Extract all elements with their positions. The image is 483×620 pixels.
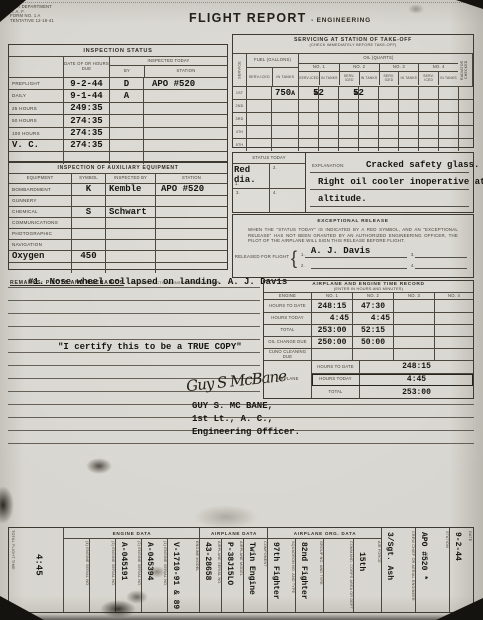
empty-cell xyxy=(246,139,271,151)
empty-cell xyxy=(155,218,227,228)
empty-cell xyxy=(105,240,155,250)
form-agency-block: WAR DEPARTMENT A. A. F. FORM NO. 1 A TEN… xyxy=(10,5,54,23)
empty-cell xyxy=(398,139,418,151)
col-engine-serial-1: (1) ENGINE SERIAL NO. A-045394 xyxy=(141,538,168,612)
smudge xyxy=(408,4,424,14)
explanation-line-1: EXPLANATION: Cracked safety glass. xyxy=(310,153,469,173)
fuel-serviced-header: SERV-ICED xyxy=(247,68,272,87)
exceptional-release-box: EXCEPTIONAL RELEASE WHEN THE "STATUS TOD… xyxy=(232,214,474,278)
servicing-header: SERVICE FUEL (GALLONS) SERV-ICED IN TANK… xyxy=(233,54,473,86)
empty-cell xyxy=(318,126,338,138)
time-record-table: AIRPLANE AND ENGINE TIME RECORD (ENTER I… xyxy=(263,280,474,399)
aux-row-photographic: PHOTOGRAPHIC xyxy=(9,228,227,239)
empty-cell xyxy=(398,100,418,112)
fuel-in-tanks-header: IN TANKS xyxy=(272,68,298,87)
status-quad-3: 3. xyxy=(236,191,240,196)
col-station: STATION APO #520 * xyxy=(415,528,450,612)
release-brace: { xyxy=(291,250,301,266)
empty-cell xyxy=(246,100,271,112)
signature-block: GUY S. MC BANE, 1st Lt., A. C., Engineer… xyxy=(192,401,300,437)
col-air-force: AIR FORCE 15th xyxy=(353,538,382,612)
empty-cell xyxy=(109,128,143,139)
explanation-box: EXPLANATION: Cracked safety glass. Right… xyxy=(306,152,474,213)
empty-cell xyxy=(458,126,473,138)
empty-cell xyxy=(338,113,358,125)
empty-cell xyxy=(271,100,298,112)
empty-cell xyxy=(271,139,298,151)
empty-cell xyxy=(271,113,298,125)
signature-rank: 1st Lt., A. C., xyxy=(192,414,300,424)
status-today-title: STATUS TODAY xyxy=(233,153,305,164)
empty-cell xyxy=(358,139,378,151)
servicing-row-3rd: 3RD xyxy=(233,112,473,125)
empty-cell xyxy=(393,325,434,336)
empty-cell xyxy=(418,113,438,125)
oil-serviced-header: SERV-ICED xyxy=(299,72,319,85)
empty-cell xyxy=(155,229,227,239)
inspection-status-header: DATE OF OR HOURS DUE INSPECTED TODAY BY … xyxy=(9,57,227,77)
top-edge-line xyxy=(8,2,474,3)
status-today-entry: Red dia. xyxy=(234,165,256,186)
release-blank-line xyxy=(311,259,407,269)
inspection-row-100h: 100 HOURS 274:35 xyxy=(9,127,227,139)
empty-cell xyxy=(155,251,227,262)
inspection-row-daily: DAILY 9-1-44 A xyxy=(9,89,227,101)
empty-cell xyxy=(105,196,155,206)
explanation-line-3: altitude. xyxy=(310,190,469,207)
inspected-today-label: INSPECTED TODAY xyxy=(110,57,227,66)
servicing-row-5th: 5TH xyxy=(233,138,473,151)
exceptional-release-body: WHEN THE "STATUS TODAY" IS INDICATED BY … xyxy=(233,226,473,244)
empty-cell xyxy=(143,128,227,139)
oil-in-tanks-header: IN TANKS xyxy=(359,72,379,85)
empty-cell xyxy=(378,139,398,151)
aux-row-communications: COMMUNICATIONS xyxy=(9,217,227,228)
oil-in-tanks-header: IN TANKS xyxy=(398,72,418,85)
empty-cell xyxy=(318,139,338,151)
aux-row-oxygen: Oxygen 450 xyxy=(9,250,227,262)
empty-cell xyxy=(71,218,105,228)
empty-cell xyxy=(378,100,398,112)
empty-cell xyxy=(105,229,155,239)
empty-cell xyxy=(434,349,473,360)
empty-cell xyxy=(109,103,143,114)
oil-no4-header: NO. 4 xyxy=(418,64,458,71)
empty-cell xyxy=(71,196,105,206)
aux-row-navigation: NAVIGATION xyxy=(9,239,227,250)
inspection-row-preflight: PREFLIGHT 9-2-44 D APO #520 xyxy=(9,77,227,89)
oil-header: OIL (QUARTS) xyxy=(299,54,458,64)
ink-stain xyxy=(0,486,14,524)
col-header-inspected-today: INSPECTED TODAY BY STATION xyxy=(109,57,227,77)
empty-cell xyxy=(298,100,318,112)
engine-row-hours-today: HOURS TODAY 4:45 4:45 xyxy=(264,312,473,324)
empty-cell xyxy=(358,87,378,99)
airplane-row-hours-to-date: HOURS TO DATE 248:15 xyxy=(312,361,473,374)
airplane-row-hours-today: HOURS TODAY 4:45 xyxy=(312,374,473,387)
signature-title: Engineering Officer. xyxy=(192,427,300,437)
empty-cell xyxy=(438,113,458,125)
col-command: COMMAND, CORPS AREA OR DEPT xyxy=(323,538,354,612)
oil-in-tanks-header: IN TANKS xyxy=(319,72,339,85)
empty-cell xyxy=(311,349,352,360)
col-group: GROUP NO. AND TYPE 82nd Fighter xyxy=(295,538,324,612)
empty-cell xyxy=(143,140,227,151)
engine-row-total: TOTAL 253:00 52:15 xyxy=(264,324,473,336)
col-component: COMPONENT Twin Engine xyxy=(243,538,268,612)
empty-cell xyxy=(143,103,227,114)
empty-cell xyxy=(318,113,338,125)
empty-cell xyxy=(438,87,458,99)
aux-row-gunnery: GUNNERY xyxy=(9,195,227,206)
empty-cell xyxy=(155,207,227,217)
empty-cell xyxy=(9,57,63,77)
empty-cell xyxy=(458,100,473,112)
col-header-by: BY xyxy=(110,66,144,77)
empty-cell xyxy=(109,115,143,126)
empty-cell xyxy=(438,139,458,151)
empty-cell xyxy=(318,100,338,112)
auxiliary-equipment-table: INSPECTION OF AUXILIARY EQUIPMENT EQUIPM… xyxy=(8,162,228,270)
empty-cell xyxy=(393,313,434,324)
released-for-flight-label: RELEASED FOR FLIGHT xyxy=(233,255,291,260)
release-blank-line xyxy=(415,259,467,269)
empty-cell xyxy=(271,126,298,138)
bottom-data-table: ENGINE DATA AIRPLANE DATA AIRPLANE ORG. … xyxy=(8,527,474,613)
col-header-symbol: SYMBOL xyxy=(71,174,105,183)
col-header-radiator: RADIATOR CHECKED xyxy=(458,54,473,86)
empty-cell xyxy=(438,100,458,112)
empty-cell xyxy=(378,126,398,138)
empty-cell xyxy=(338,100,358,112)
empty-cell xyxy=(298,139,318,151)
empty-cell xyxy=(393,300,434,312)
col-header-equipment: EQUIPMENT xyxy=(9,174,71,183)
empty-cell xyxy=(246,113,271,125)
empty-cell xyxy=(434,313,473,324)
empty-cell xyxy=(378,113,398,125)
flight-report-form: WAR DEPARTMENT A. A. F. FORM NO. 1 A TEN… xyxy=(0,0,483,620)
empty-cell xyxy=(352,349,393,360)
oil-serviced-header: SERV-ICED xyxy=(339,72,359,85)
exceptional-release-title: EXCEPTIONAL RELEASE xyxy=(233,217,473,226)
empty-cell xyxy=(358,113,378,125)
col-total-flight-time: TOTAL FLIGHT TIME 4:45 xyxy=(9,528,63,612)
signature-name: GUY S. MC BANE, xyxy=(192,401,300,411)
col-header-service: SERVICE xyxy=(233,54,246,86)
col-engine-serial-2: (2) ENGINE SERIAL NO. A-045191 xyxy=(115,538,142,612)
page-title-main: FLIGHT REPORT xyxy=(189,11,307,25)
empty-cell xyxy=(418,87,438,99)
inspection-row-50h: 50 HOURS 274:35 xyxy=(9,114,227,126)
empty-cell xyxy=(338,139,358,151)
release-slot-2: 2. xyxy=(301,264,305,269)
empty-cell xyxy=(155,240,227,250)
empty-cell xyxy=(298,113,318,125)
col-engine-serial-3: (3) ENGINE SERIAL NO. xyxy=(89,538,116,612)
time-record-title-block: AIRPLANE AND ENGINE TIME RECORD (ENTER I… xyxy=(264,281,473,291)
agency-line: TENTATIVE 12-18-41 xyxy=(10,19,54,24)
time-record-subtitle: (ENTER IN HOURS AND MINUTES) xyxy=(264,287,473,291)
oil-no2-header: NO. 2 xyxy=(339,64,379,71)
col-header-station: STATION xyxy=(155,174,227,183)
empty-cell xyxy=(298,126,318,138)
aux-row-bombardment: BOMBARDMENT K Kemble APO #520 xyxy=(9,184,227,195)
release-blank-line xyxy=(415,248,467,258)
col-airplane-model: AIRPLANE MODEL P-38J15LO xyxy=(221,538,244,612)
empty-cell xyxy=(434,337,473,348)
empty-cell xyxy=(358,126,378,138)
engine-row-oil-change-due: OIL CHANGE DUE 250:00 50:00 xyxy=(264,336,473,348)
explanation-label: EXPLANATION: xyxy=(312,164,345,169)
col-airplane-serial: AIRPLANE SERIAL NO. 43-28658 xyxy=(199,538,222,612)
empty-cell xyxy=(338,126,358,138)
empty-cell xyxy=(458,139,473,151)
empty-cell xyxy=(458,87,473,99)
empty-cell xyxy=(418,139,438,151)
empty-cell xyxy=(458,113,473,125)
oil-serviced-header: SERV-ICED xyxy=(379,72,399,85)
servicing-subtitle: (CHECK IMMEDIATELY BEFORE TAKE-OFF) xyxy=(233,43,473,47)
empty-cell xyxy=(105,218,155,228)
empty-cell xyxy=(378,87,398,99)
status-quad-2: 2. xyxy=(273,166,277,171)
smudge xyxy=(194,505,258,529)
empty-cell xyxy=(143,115,227,126)
time-record-header: ENGINE NO. 1 NO. 2 NO. 3 NO. 4 xyxy=(264,292,473,300)
fuel-header-group: FUEL (GALLONS) SERV-ICED IN TANKS xyxy=(246,54,298,86)
col-engine-model: ENGINE MODEL V-1710-91 & 89 xyxy=(167,538,200,612)
col-header-date-due: DATE OF OR HOURS DUE xyxy=(63,57,109,77)
airplane-time-block: AIRPLANE HOURS TO DATE 248:15 HOURS TODA… xyxy=(264,360,473,398)
oil-no1-entry: 52A xyxy=(298,87,318,99)
page-title: FLIGHT REPORT - ENGINEERING xyxy=(160,9,400,27)
fuel-in-tanks-entry: 750A xyxy=(271,87,298,99)
oil-in-tanks-header: IN TANKS xyxy=(438,72,458,85)
empty-cell xyxy=(246,126,271,138)
empty-cell xyxy=(418,100,438,112)
col-header-inspected-by: INSPECTED BY xyxy=(105,174,155,183)
fuel-header: FUEL (GALLONS) xyxy=(247,54,298,68)
explanation-line-2: Right oil cooler inoperative at xyxy=(310,173,469,190)
empty-cell xyxy=(393,349,434,360)
col-squadron: SQUADRON NO. AND TYPE 97th Fighter xyxy=(267,538,296,612)
col-crew-chief: CREW CHIEF OR AERIAL ENGINEER 3/Sgt. Ash xyxy=(381,528,416,612)
col-date: DATE 9-2-44 xyxy=(449,528,473,612)
col-engine-serial-4: (4) ENGINE SERIAL NO. xyxy=(63,538,90,612)
released-for-flight-row: RELEASED FOR FLIGHT { 1. A. J. Davis 3. … xyxy=(233,247,473,269)
col-header-station: STATION xyxy=(144,66,227,77)
oil-no1-header: NO. 1 xyxy=(299,64,339,71)
empty-cell xyxy=(393,337,434,348)
empty-cell xyxy=(71,229,105,239)
engine-col-label: ENGINE xyxy=(264,293,311,299)
status-quad-4: 4. xyxy=(273,191,277,196)
engine-row-cuno-cleaning-due: CUNO CLEANING DUE xyxy=(264,348,473,360)
oil-serviced-header: SERV-ICED xyxy=(418,72,438,85)
inspection-status-table: INSPECTION STATUS DATE OF OR HOURS DUE I… xyxy=(8,44,228,162)
auxiliary-header: EQUIPMENT SYMBOL INSPECTED BY STATION xyxy=(9,174,227,184)
aux-row-chemical: CHEMICAL S Schwart xyxy=(9,206,227,217)
empty-cell xyxy=(434,300,473,312)
empty-cell xyxy=(105,251,155,262)
ink-stain xyxy=(86,458,112,474)
servicing-table: SERVICING AT STATION OF TAKE-OFF (CHECK … xyxy=(232,34,474,148)
scan-bottom-edge xyxy=(0,614,483,620)
empty-cell xyxy=(418,126,438,138)
page-title-suffix: - ENGINEERING xyxy=(311,17,371,24)
auxiliary-title: INSPECTION OF AUXILIARY EQUIPMENT xyxy=(9,163,227,174)
inspection-row-25h: 25 HOURS 249:35 xyxy=(9,102,227,114)
servicing-row-2nd: 2ND xyxy=(233,99,473,112)
empty-cell xyxy=(398,113,418,125)
oil-no2-entry: 52A xyxy=(338,87,358,99)
oil-header-group: OIL (QUARTS) NO. 1 NO. 2 NO. 3 NO. 4 SER… xyxy=(298,54,458,86)
empty-cell xyxy=(246,87,271,99)
servicing-title-block: SERVICING AT STATION OF TAKE-OFF (CHECK … xyxy=(233,35,473,54)
servicing-row-4th: 4TH xyxy=(233,125,473,138)
empty-cell xyxy=(398,126,418,138)
empty-cell xyxy=(109,140,143,151)
empty-cell xyxy=(434,325,473,336)
empty-cell xyxy=(358,100,378,112)
inspection-status-title: INSPECTION STATUS xyxy=(9,45,227,57)
servicing-row-1st: 1ST 750A 52A 52A xyxy=(233,86,473,99)
certify-statement: "I certify this to be a TRUE COPY" xyxy=(58,342,242,352)
oil-no3-header: NO. 3 xyxy=(379,64,419,71)
engine-row-hours-to-date: HOURS TO DATE 248:15 47:30 xyxy=(264,300,473,312)
remarks-entry: #1. Nose wheel collapsed on landing. A. … xyxy=(28,277,287,287)
empty-cell xyxy=(155,196,227,206)
inspection-row-vc: V. C. 274:35 xyxy=(9,139,227,151)
release-signature: A. J. Davis xyxy=(305,246,407,257)
empty-cell xyxy=(438,126,458,138)
empty-cell xyxy=(71,240,105,250)
empty-cell xyxy=(318,87,338,99)
empty-cell xyxy=(398,87,418,99)
airplane-row-total: TOTAL 253:00 xyxy=(312,386,473,399)
airplane-label: AIRPLANE xyxy=(264,361,311,398)
